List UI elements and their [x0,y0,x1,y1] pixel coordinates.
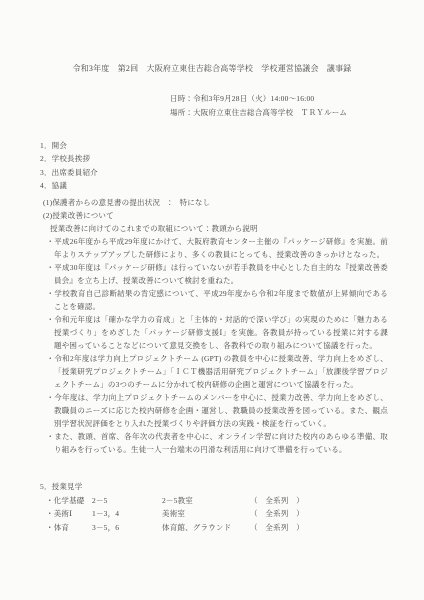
observation-subject: ・美術Ⅰ [46,507,92,521]
discussion-bullet: ・また、教頭、首席、各年次の代表者を中心に、オンライン学習に向けた校内のあらゆる… [40,430,388,456]
observation-note: （ 全系列 ） [250,521,390,535]
discussion-item-1: (1)保護者からの意見書の提出状況 ： 特になし [40,196,390,209]
agenda-item-2: 2．学校長挨拶 [40,152,390,165]
discussion-bullet: ・令和元年度は「確かな学力の育成」と「主体的・対話的で深い学び」の実現のために「… [40,313,388,352]
document-title: 令和3年度 第2回 大阪府立東住吉総合高等学校 学校運営協議会 議事録 [34,62,390,75]
observation-class: 1－3，4 [92,507,162,521]
meta-block: 日時：令和3年9月28日（火）14:00～16:00 場所：大阪府立東住吉総合高… [170,92,390,119]
observation-row: ・化学基礎 2－5 2－5教室 （ 全系列 ） [46,494,390,508]
agenda-list: 1．開会 2．学校長挨拶 3．出席委員紹介 4．協議 [40,139,390,193]
observation-rows: ・化学基礎 2－5 2－5教室 （ 全系列 ） ・美術Ⅰ 1－3，4 美術室 （… [40,494,390,535]
observation-note: （ 全系列 ） [250,507,390,521]
observation-class: 2－5 [92,494,162,508]
discussion-bullet: ・令和2年度は学力向上プロジェクトチーム (GPT) の教員を中心に授業改善、学… [40,352,388,391]
document-page: 令和3年度 第2回 大阪府立東住吉総合高等学校 学校運営協議会 議事録 日時：令… [0,0,424,600]
discussion-bullet: ・学校教育自己診断結果の肯定感について、平成29年度から令和2年度まで数値が上昇… [40,287,388,313]
observation-room: 2－5教室 [162,494,250,508]
observation-heading: 5．授業見学 [40,480,390,493]
discussion-bullets: ・平成26年度から平成29年度にかけて、大阪府教育センター主催の『パッケージ研修… [40,235,388,456]
observation-row: ・美術Ⅰ 1－3，4 美術室 （ 全系列 ） [46,507,390,521]
discussion-bullet: ・今年度は、学力向上プロジェクトチームのメンバーを中心に、授業力改善、学力向上を… [40,391,388,430]
meeting-datetime: 日時：令和3年9月28日（火）14:00～16:00 [170,92,390,106]
discussion-bullet: ・平成26年度から平成29年度にかけて、大阪府教育センター主催の『パッケージ研修… [40,235,388,261]
discussion-bullet: ・平成30年度は『パッケージ研修』は行っていないが若手教員を中心とした自主的な『… [40,261,388,287]
observation-room: 美術室 [162,507,250,521]
observation-class: 3－5，6 [92,521,162,535]
observation-section: 5．授業見学 ・化学基礎 2－5 2－5教室 （ 全系列 ） ・美術Ⅰ 1－3，… [40,480,390,535]
discussion-item-2: (2)授業改善について [40,209,390,222]
observation-subject: ・体育 [46,521,92,535]
discussion-lead: 授業改善に向けてのこれまでの取組について：教頭から説明 [40,222,390,235]
observation-row: ・体育 3－5，6 体育館、グラウンド （ 全系列 ） [46,521,390,535]
agenda-item-1: 1．開会 [40,139,390,152]
observation-subject: ・化学基礎 [46,494,92,508]
agenda-item-4: 4．協議 [40,179,390,192]
observation-note: （ 全系列 ） [250,494,390,508]
observation-room: 体育館、グラウンド [162,521,250,535]
agenda-item-3: 3．出席委員紹介 [40,166,390,179]
meeting-location: 場所：大阪府立東住吉総合高等学校 ＴＲＹルーム [170,106,390,120]
